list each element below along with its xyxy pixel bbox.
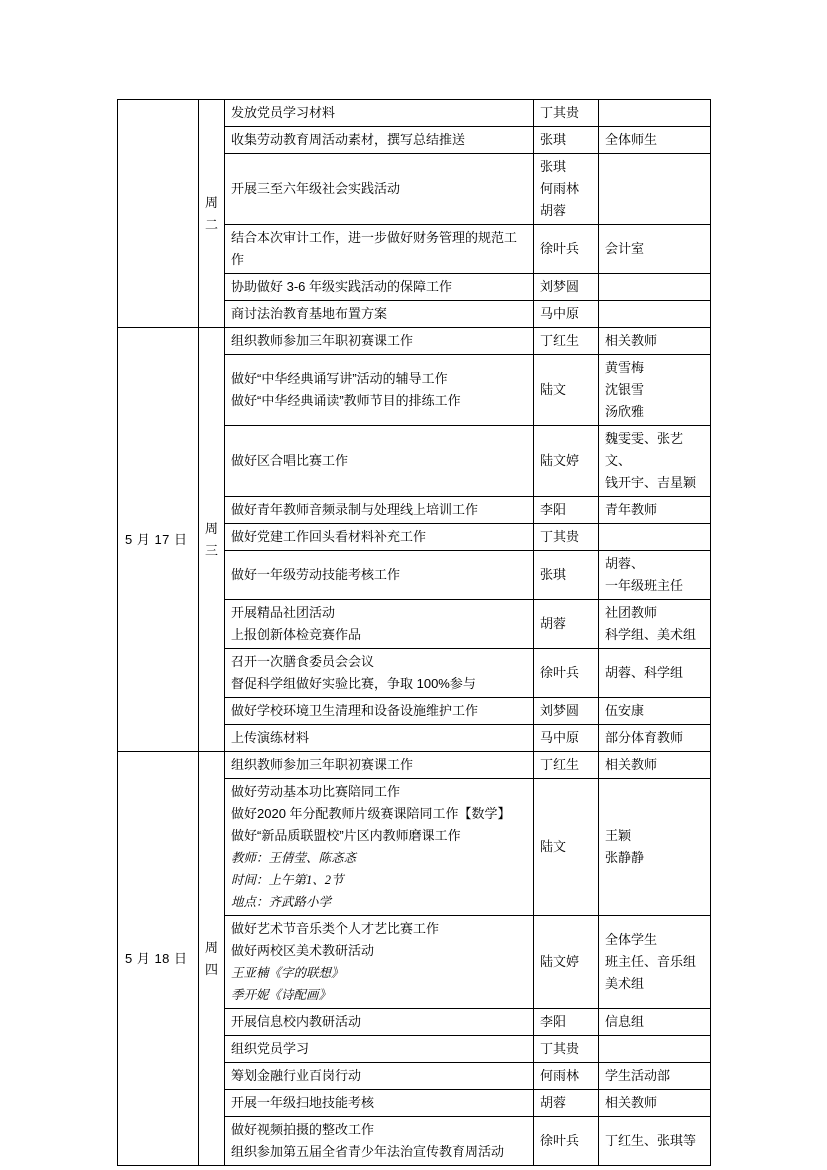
task-line: 做好2020 年分配教师片级赛课陪同工作【数学】: [231, 803, 527, 825]
task-line: 结合本次审计工作，进一步做好财务管理的规范工作: [231, 227, 527, 271]
group-line: 胡蓉、科学组: [605, 662, 704, 684]
task-line: 开展信息校内教研活动: [231, 1011, 527, 1033]
group-cell: [599, 274, 711, 301]
task-cell: 开展精品社团活动上报创新体检竞赛作品: [225, 600, 534, 649]
person-name: 胡蓉: [540, 200, 592, 222]
group-cell: 胡蓉、一年级班主任: [599, 551, 711, 600]
task-line: 组织教师参加三年职初赛课工作: [231, 330, 527, 352]
task-line: 时间：上午第1、2节: [231, 869, 527, 891]
task-cell: 做好“中华经典诵写讲”活动的辅导工作做好“中华经典诵读”教师节目的排练工作: [225, 355, 534, 426]
task-line: 做好“中华经典诵读”教师节目的排练工作: [231, 390, 527, 412]
task-cell: 做好一年级劳动技能考核工作: [225, 551, 534, 600]
person-cell: 徐叶兵: [534, 225, 599, 274]
task-line: 做好学校环境卫生清理和设备设施维护工作: [231, 700, 527, 722]
task-line: 做好视频拍摄的整改工作: [231, 1119, 527, 1141]
group-line: 美术组: [605, 973, 704, 995]
group-cell: 胡蓉、科学组: [599, 649, 711, 698]
person-cell: 丁其贵: [534, 524, 599, 551]
person-cell: 丁其贵: [534, 100, 599, 127]
person-name: 徐叶兵: [540, 1130, 592, 1152]
person-cell: 马中原: [534, 725, 599, 752]
task-line: 督促科学组做好实验比赛，争取 100%参与: [231, 673, 527, 695]
task-line: 组织党员学习: [231, 1038, 527, 1060]
task-cell: 做好视频拍摄的整改工作组织参加第五届全省青少年法治宣传教育周活动: [225, 1117, 534, 1166]
person-name: 徐叶兵: [540, 238, 592, 260]
group-cell: 社团教师科学组、美术组: [599, 600, 711, 649]
group-line: 丁红生、张琪等: [605, 1130, 704, 1152]
date-cell: 5 月 18 日: [118, 752, 199, 1166]
task-line: 商讨法治教育基地布置方案: [231, 303, 527, 325]
person-cell: 张琪: [534, 551, 599, 600]
task-cell: 做好劳动基本功比赛陪同工作做好2020 年分配教师片级赛课陪同工作【数学】做好“…: [225, 779, 534, 916]
group-cell: 相关教师: [599, 752, 711, 779]
task-line: 组织参加第五届全省青少年法治宣传教育周活动: [231, 1141, 527, 1163]
group-cell: [599, 301, 711, 328]
person-cell: 丁红生: [534, 328, 599, 355]
task-cell: 收集劳动教育周活动素材，撰写总结推送: [225, 127, 534, 154]
table-row: 5 月 18 日周四组织教师参加三年职初赛课工作丁红生相关教师: [118, 752, 711, 779]
group-line: 班主任、音乐组: [605, 951, 704, 973]
group-cell: 会计室: [599, 225, 711, 274]
person-cell: 马中原: [534, 301, 599, 328]
group-cell: 魏雯雯、张艺文、钱开宇、吉星颖: [599, 426, 711, 497]
weekday-char: 周: [200, 937, 223, 959]
person-cell: 刘梦圆: [534, 698, 599, 725]
group-line: 王颖: [605, 825, 704, 847]
group-cell: [599, 1036, 711, 1063]
task-cell: 协助做好 3-6 年级实践活动的保障工作: [225, 274, 534, 301]
person-cell: 丁红生: [534, 752, 599, 779]
group-cell: [599, 154, 711, 225]
person-name: 丁其贵: [540, 102, 592, 124]
weekday-cell: 周三: [199, 328, 225, 752]
person-name: 丁红生: [540, 330, 592, 352]
person-name: 马中原: [540, 727, 592, 749]
group-cell: [599, 524, 711, 551]
group-line: 一年级班主任: [605, 575, 704, 597]
person-cell: 张琪何雨林胡蓉: [534, 154, 599, 225]
task-cell: 结合本次审计工作，进一步做好财务管理的规范工作: [225, 225, 534, 274]
person-cell: 丁其贵: [534, 1036, 599, 1063]
task-line: 做好青年教师音频录制与处理线上培训工作: [231, 499, 527, 521]
task-line: 做好党建工作回头看材料补充工作: [231, 526, 527, 548]
weekday-char: 四: [200, 959, 223, 981]
group-line: 会计室: [605, 238, 704, 260]
weekday-cell: 周四: [199, 752, 225, 1166]
person-cell: 何雨林: [534, 1063, 599, 1090]
person-name: 何雨林: [540, 1065, 592, 1087]
task-line: 收集劳动教育周活动素材，撰写总结推送: [231, 129, 527, 151]
task-cell: 组织党员学习: [225, 1036, 534, 1063]
group-line: 胡蓉、: [605, 553, 704, 575]
group-cell: 丁红生、张琪等: [599, 1117, 711, 1166]
task-cell: 组织教师参加三年职初赛课工作: [225, 328, 534, 355]
person-cell: 陆文: [534, 779, 599, 916]
group-cell: 相关教师: [599, 1090, 711, 1117]
person-cell: 刘梦圆: [534, 274, 599, 301]
person-name: 张琪: [540, 564, 592, 586]
task-cell: 做好学校环境卫生清理和设备设施维护工作: [225, 698, 534, 725]
task-line: 上报创新体检竞赛作品: [231, 624, 527, 646]
person-name: 李阳: [540, 1011, 592, 1033]
person-cell: 徐叶兵: [534, 1117, 599, 1166]
group-line: 相关教师: [605, 1092, 704, 1114]
person-cell: 李阳: [534, 497, 599, 524]
person-name: 马中原: [540, 303, 592, 325]
task-cell: 组织教师参加三年职初赛课工作: [225, 752, 534, 779]
task-line: 协助做好 3-6 年级实践活动的保障工作: [231, 276, 527, 298]
person-cell: 李阳: [534, 1009, 599, 1036]
task-cell: 做好区合唱比赛工作: [225, 426, 534, 497]
weekday-char: 二: [200, 214, 223, 236]
task-cell: 筹划金融行业百岗行动: [225, 1063, 534, 1090]
group-line: 钱开宇、吉星颖: [605, 472, 704, 494]
task-line: 开展精品社团活动: [231, 602, 527, 624]
date-cell: [118, 100, 199, 328]
task-cell: 做好艺术节音乐类个人才艺比赛工作做好两校区美术教研活动王亚楠《字的联想》季开妮《…: [225, 916, 534, 1009]
group-cell: 全体师生: [599, 127, 711, 154]
task-cell: 开展三至六年级社会实践活动: [225, 154, 534, 225]
task-cell: 召开一次膳食委员会会议督促科学组做好实验比赛，争取 100%参与: [225, 649, 534, 698]
group-cell: 学生活动部: [599, 1063, 711, 1090]
person-cell: 陆文婷: [534, 426, 599, 497]
task-line: 上传演练材料: [231, 727, 527, 749]
group-line: 沈银雪: [605, 379, 704, 401]
group-line: 全体学生: [605, 929, 704, 951]
weekday-char: 三: [200, 540, 223, 562]
group-line: 相关教师: [605, 754, 704, 776]
date-cell: 5 月 17 日: [118, 328, 199, 752]
person-name: 丁红生: [540, 754, 592, 776]
group-cell: [599, 100, 711, 127]
person-name: 胡蓉: [540, 1092, 592, 1114]
task-line: 王亚楠《字的联想》: [231, 962, 527, 984]
group-line: 汤欣雅: [605, 401, 704, 423]
group-cell: 王颖张静静: [599, 779, 711, 916]
task-line: 做好一年级劳动技能考核工作: [231, 564, 527, 586]
person-name: 陆文婷: [540, 951, 592, 973]
task-line: 开展一年级扫地技能考核: [231, 1092, 527, 1114]
group-cell: 青年教师: [599, 497, 711, 524]
group-line: 魏雯雯、张艺文、: [605, 428, 704, 472]
group-cell: 信息组: [599, 1009, 711, 1036]
group-line: 相关教师: [605, 330, 704, 352]
person-name: 李阳: [540, 499, 592, 521]
task-line: 教师：王倩莹、陈忞忞: [231, 847, 527, 869]
person-name: 徐叶兵: [540, 662, 592, 684]
task-cell: 做好青年教师音频录制与处理线上培训工作: [225, 497, 534, 524]
group-line: 张静静: [605, 847, 704, 869]
task-line: 做好“新品质联盟校”片区内教师磨课工作: [231, 825, 527, 847]
table-row: 周二发放党员学习材料丁其贵: [118, 100, 711, 127]
task-cell: 做好党建工作回头看材料补充工作: [225, 524, 534, 551]
person-name: 陆文: [540, 379, 592, 401]
person-name: 刘梦圆: [540, 700, 592, 722]
task-cell: 开展信息校内教研活动: [225, 1009, 534, 1036]
person-cell: 胡蓉: [534, 600, 599, 649]
task-line: 组织教师参加三年职初赛课工作: [231, 754, 527, 776]
task-line: 做好“中华经典诵写讲”活动的辅导工作: [231, 368, 527, 390]
person-name: 丁其贵: [540, 526, 592, 548]
task-line: 开展三至六年级社会实践活动: [231, 178, 527, 200]
person-name: 刘梦圆: [540, 276, 592, 298]
task-line: 做好劳动基本功比赛陪同工作: [231, 781, 527, 803]
task-line: 筹划金融行业百岗行动: [231, 1065, 527, 1087]
person-cell: 陆文: [534, 355, 599, 426]
person-cell: 陆文婷: [534, 916, 599, 1009]
task-cell: 上传演练材料: [225, 725, 534, 752]
weekday-cell: 周二: [199, 100, 225, 328]
task-cell: 开展一年级扫地技能考核: [225, 1090, 534, 1117]
task-line: 地点：齐武路小学: [231, 891, 527, 913]
task-line: 发放党员学习材料: [231, 102, 527, 124]
document-page: 周二发放党员学习材料丁其贵收集劳动教育周活动素材，撰写总结推送张琪全体师生开展三…: [0, 0, 827, 1170]
group-cell: 相关教师: [599, 328, 711, 355]
person-name: 陆文: [540, 836, 592, 858]
schedule-table-body: 周二发放党员学习材料丁其贵收集劳动教育周活动素材，撰写总结推送张琪全体师生开展三…: [118, 100, 711, 1166]
person-name: 张琪: [540, 156, 592, 178]
weekday-char: 周: [200, 192, 223, 214]
task-line: 季开妮《诗配画》: [231, 984, 527, 1006]
person-name: 何雨林: [540, 178, 592, 200]
group-cell: 伍安康: [599, 698, 711, 725]
task-cell: 商讨法治教育基地布置方案: [225, 301, 534, 328]
task-line: 召开一次膳食委员会会议: [231, 651, 527, 673]
person-name: 张琪: [540, 129, 592, 151]
table-row: 5 月 17 日周三组织教师参加三年职初赛课工作丁红生相关教师: [118, 328, 711, 355]
weekday-char: 周: [200, 518, 223, 540]
group-line: 部分体育教师: [605, 727, 704, 749]
person-cell: 胡蓉: [534, 1090, 599, 1117]
group-cell: 黄雪梅沈银雪汤欣雅: [599, 355, 711, 426]
person-name: 陆文婷: [540, 450, 592, 472]
person-cell: 徐叶兵: [534, 649, 599, 698]
group-cell: 全体学生班主任、音乐组美术组: [599, 916, 711, 1009]
task-line: 做好两校区美术教研活动: [231, 940, 527, 962]
group-line: 青年教师: [605, 499, 704, 521]
schedule-table: 周二发放党员学习材料丁其贵收集劳动教育周活动素材，撰写总结推送张琪全体师生开展三…: [117, 99, 711, 1166]
person-name: 丁其贵: [540, 1038, 592, 1060]
task-line: 做好区合唱比赛工作: [231, 450, 527, 472]
group-line: 学生活动部: [605, 1065, 704, 1087]
person-cell: 张琪: [534, 127, 599, 154]
task-cell: 发放党员学习材料: [225, 100, 534, 127]
group-line: 伍安康: [605, 700, 704, 722]
person-name: 胡蓉: [540, 613, 592, 635]
group-line: 黄雪梅: [605, 357, 704, 379]
group-line: 科学组、美术组: [605, 624, 704, 646]
group-line: 全体师生: [605, 129, 704, 151]
group-line: 信息组: [605, 1011, 704, 1033]
group-cell: 部分体育教师: [599, 725, 711, 752]
task-line: 做好艺术节音乐类个人才艺比赛工作: [231, 918, 527, 940]
group-line: 社团教师: [605, 602, 704, 624]
